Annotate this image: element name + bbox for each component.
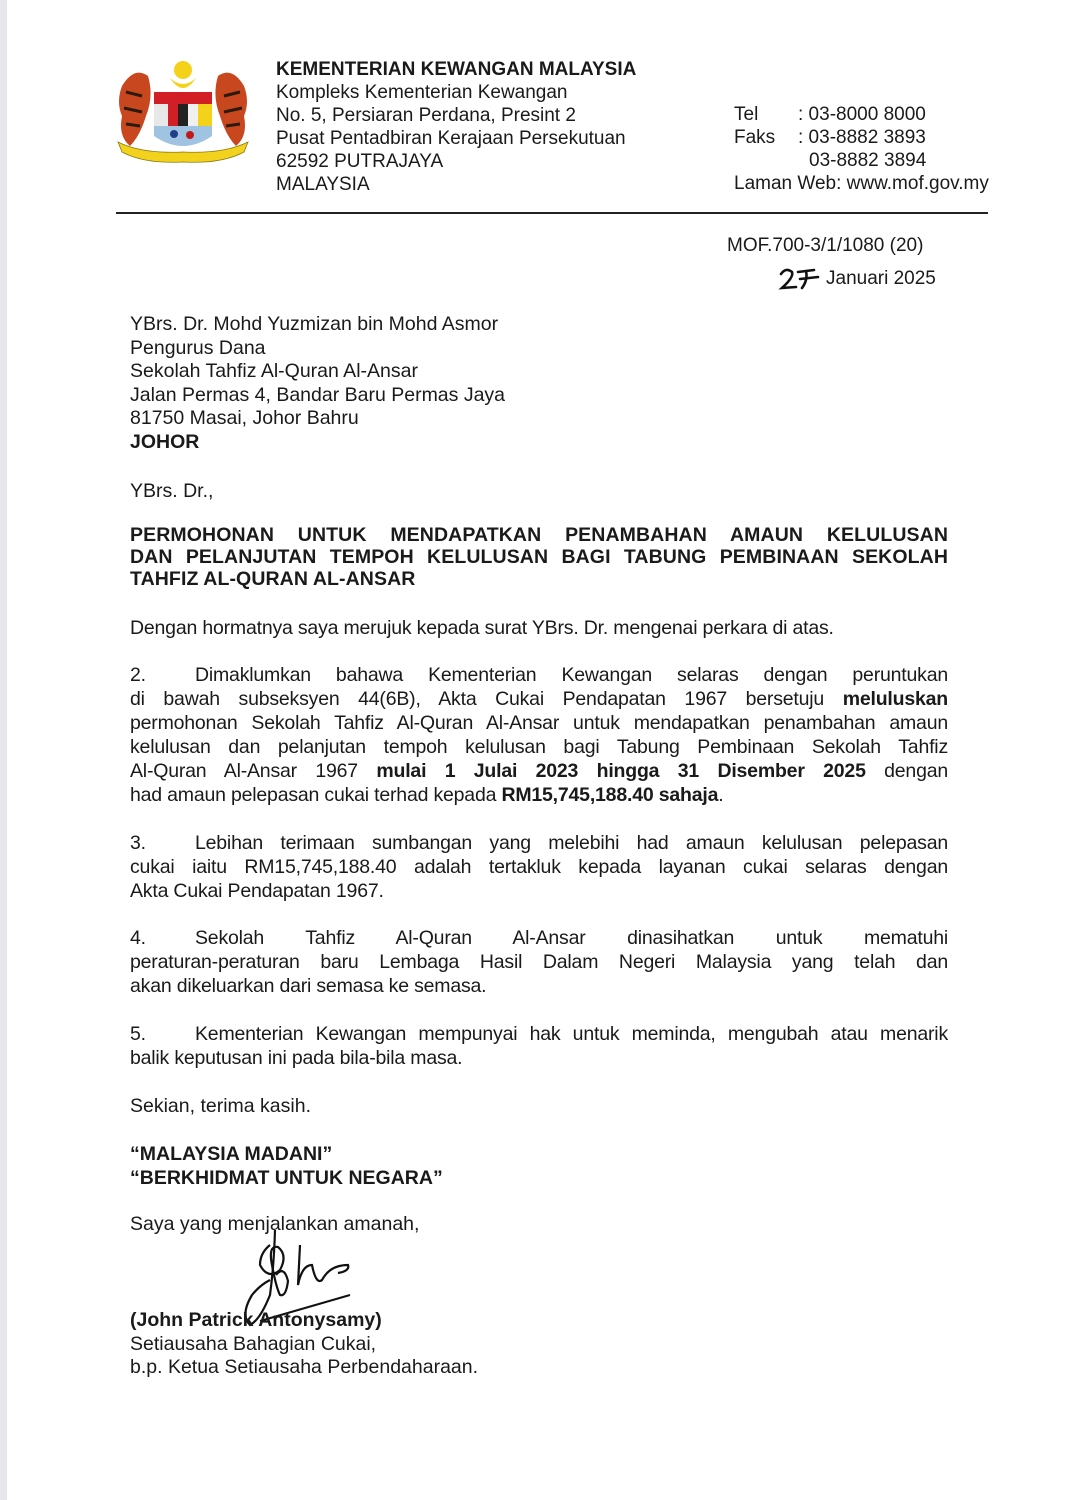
recipient-line: Jalan Permas 4, Bandar Baru Permas Jaya — [130, 384, 505, 408]
coat-of-arms-icon — [112, 56, 254, 166]
motto-line: “BERKHIDMAT UNTUK NEGARA” — [130, 1166, 443, 1190]
address-line: Kompleks Kementerian Kewangan — [276, 81, 636, 104]
contact-block: Tel: 03-8000 8000 Faks: 03-8882 3893 03-… — [734, 103, 989, 195]
paragraph-3: 3.Lebihan terimaan sumbangan yang melebi… — [130, 831, 948, 903]
recipient-address: YBrs. Dr. Mohd Yuzmizan bin Mohd Asmor P… — [130, 313, 505, 454]
date-month-year: Januari 2025 — [826, 268, 936, 290]
salutation: YBrs. Dr., — [130, 480, 213, 503]
recipient-line: Pengurus Dana — [130, 337, 505, 361]
address-line: Pusat Pentadbiran Kerajaan Persekutuan — [276, 127, 636, 150]
paragraph-number: 3. — [130, 831, 195, 855]
subject-line: DAN PELANJUTAN TEMPOH KELULUSAN BAGI TAB… — [130, 546, 948, 568]
ministry-name: KEMENTERIAN KEWANGAN MALAYSIA — [276, 58, 636, 81]
signer-on-behalf: b.p. Ketua Setiausaha Perbendaharaan. — [130, 1356, 478, 1380]
recipient-line: 81750 Masai, Johor Bahru — [130, 407, 505, 431]
paragraph-5: 5.Kementerian Kewangan mempunyai hak unt… — [130, 1022, 948, 1070]
signer-block: (John Patrick Antonysamy) Setiausaha Bah… — [130, 1309, 478, 1380]
address-line: 62592 PUTRAJAYA — [276, 150, 636, 173]
header-divider — [116, 212, 988, 214]
paragraph-1: Dengan hormatnya saya merujuk kepada sur… — [130, 616, 948, 640]
address-line: MALAYSIA — [276, 173, 636, 196]
paragraph-number: 2. — [130, 663, 195, 687]
handwritten-day-icon — [778, 266, 824, 292]
fax-value-2: 03-8882 3894 — [798, 149, 926, 172]
recipient-line: Sekolah Tahfiz Al-Quran Al-Ansar — [130, 360, 505, 384]
closing-line: Sekian, terima kasih. — [130, 1095, 311, 1118]
tel-value: : 03-8000 8000 — [798, 103, 926, 126]
recipient-state: JOHOR — [130, 431, 505, 455]
paragraph-number: 5. — [130, 1022, 195, 1046]
paragraph-number: 4. — [130, 926, 195, 950]
letter-subject: PERMOHONAN UNTUK MENDAPATKAN PENAMBAHAN … — [130, 524, 948, 590]
fax-value: : 03-8882 3893 — [798, 126, 926, 149]
paragraph-4: 4.Sekolah Tahfiz Al-Quran Al-Ansar dinas… — [130, 926, 948, 998]
address-line: No. 5, Persiaran Perdana, Presint 2 — [276, 104, 636, 127]
signer-name: (John Patrick Antonysamy) — [130, 1309, 478, 1333]
recipient-line: YBrs. Dr. Mohd Yuzmizan bin Mohd Asmor — [130, 313, 505, 337]
subject-line: TAHFIZ AL-QURAN AL-ANSAR — [130, 568, 948, 590]
letter-date: Januari 2025 — [778, 266, 936, 292]
motto-line: “MALAYSIA MADANI” — [130, 1142, 443, 1166]
mottos: “MALAYSIA MADANI” “BERKHIDMAT UNTUK NEGA… — [130, 1142, 443, 1190]
tel-label: Tel — [734, 103, 798, 126]
signer-title: Setiausaha Bahagian Cukai, — [130, 1333, 478, 1357]
reference-number: MOF.700-3/1/1080 (20) — [727, 235, 923, 257]
subject-line: PERMOHONAN UNTUK MENDAPATKAN PENAMBAHAN … — [130, 524, 948, 546]
ministry-address-block: KEMENTERIAN KEWANGAN MALAYSIA Kompleks K… — [276, 58, 636, 196]
paragraph-2: 2.Dimaklumkan bahawa Kementerian Kewanga… — [130, 663, 948, 807]
website: Laman Web: www.mof.gov.my — [734, 172, 989, 195]
fax-label: Faks — [734, 126, 798, 149]
page-edge — [0, 0, 7, 1500]
